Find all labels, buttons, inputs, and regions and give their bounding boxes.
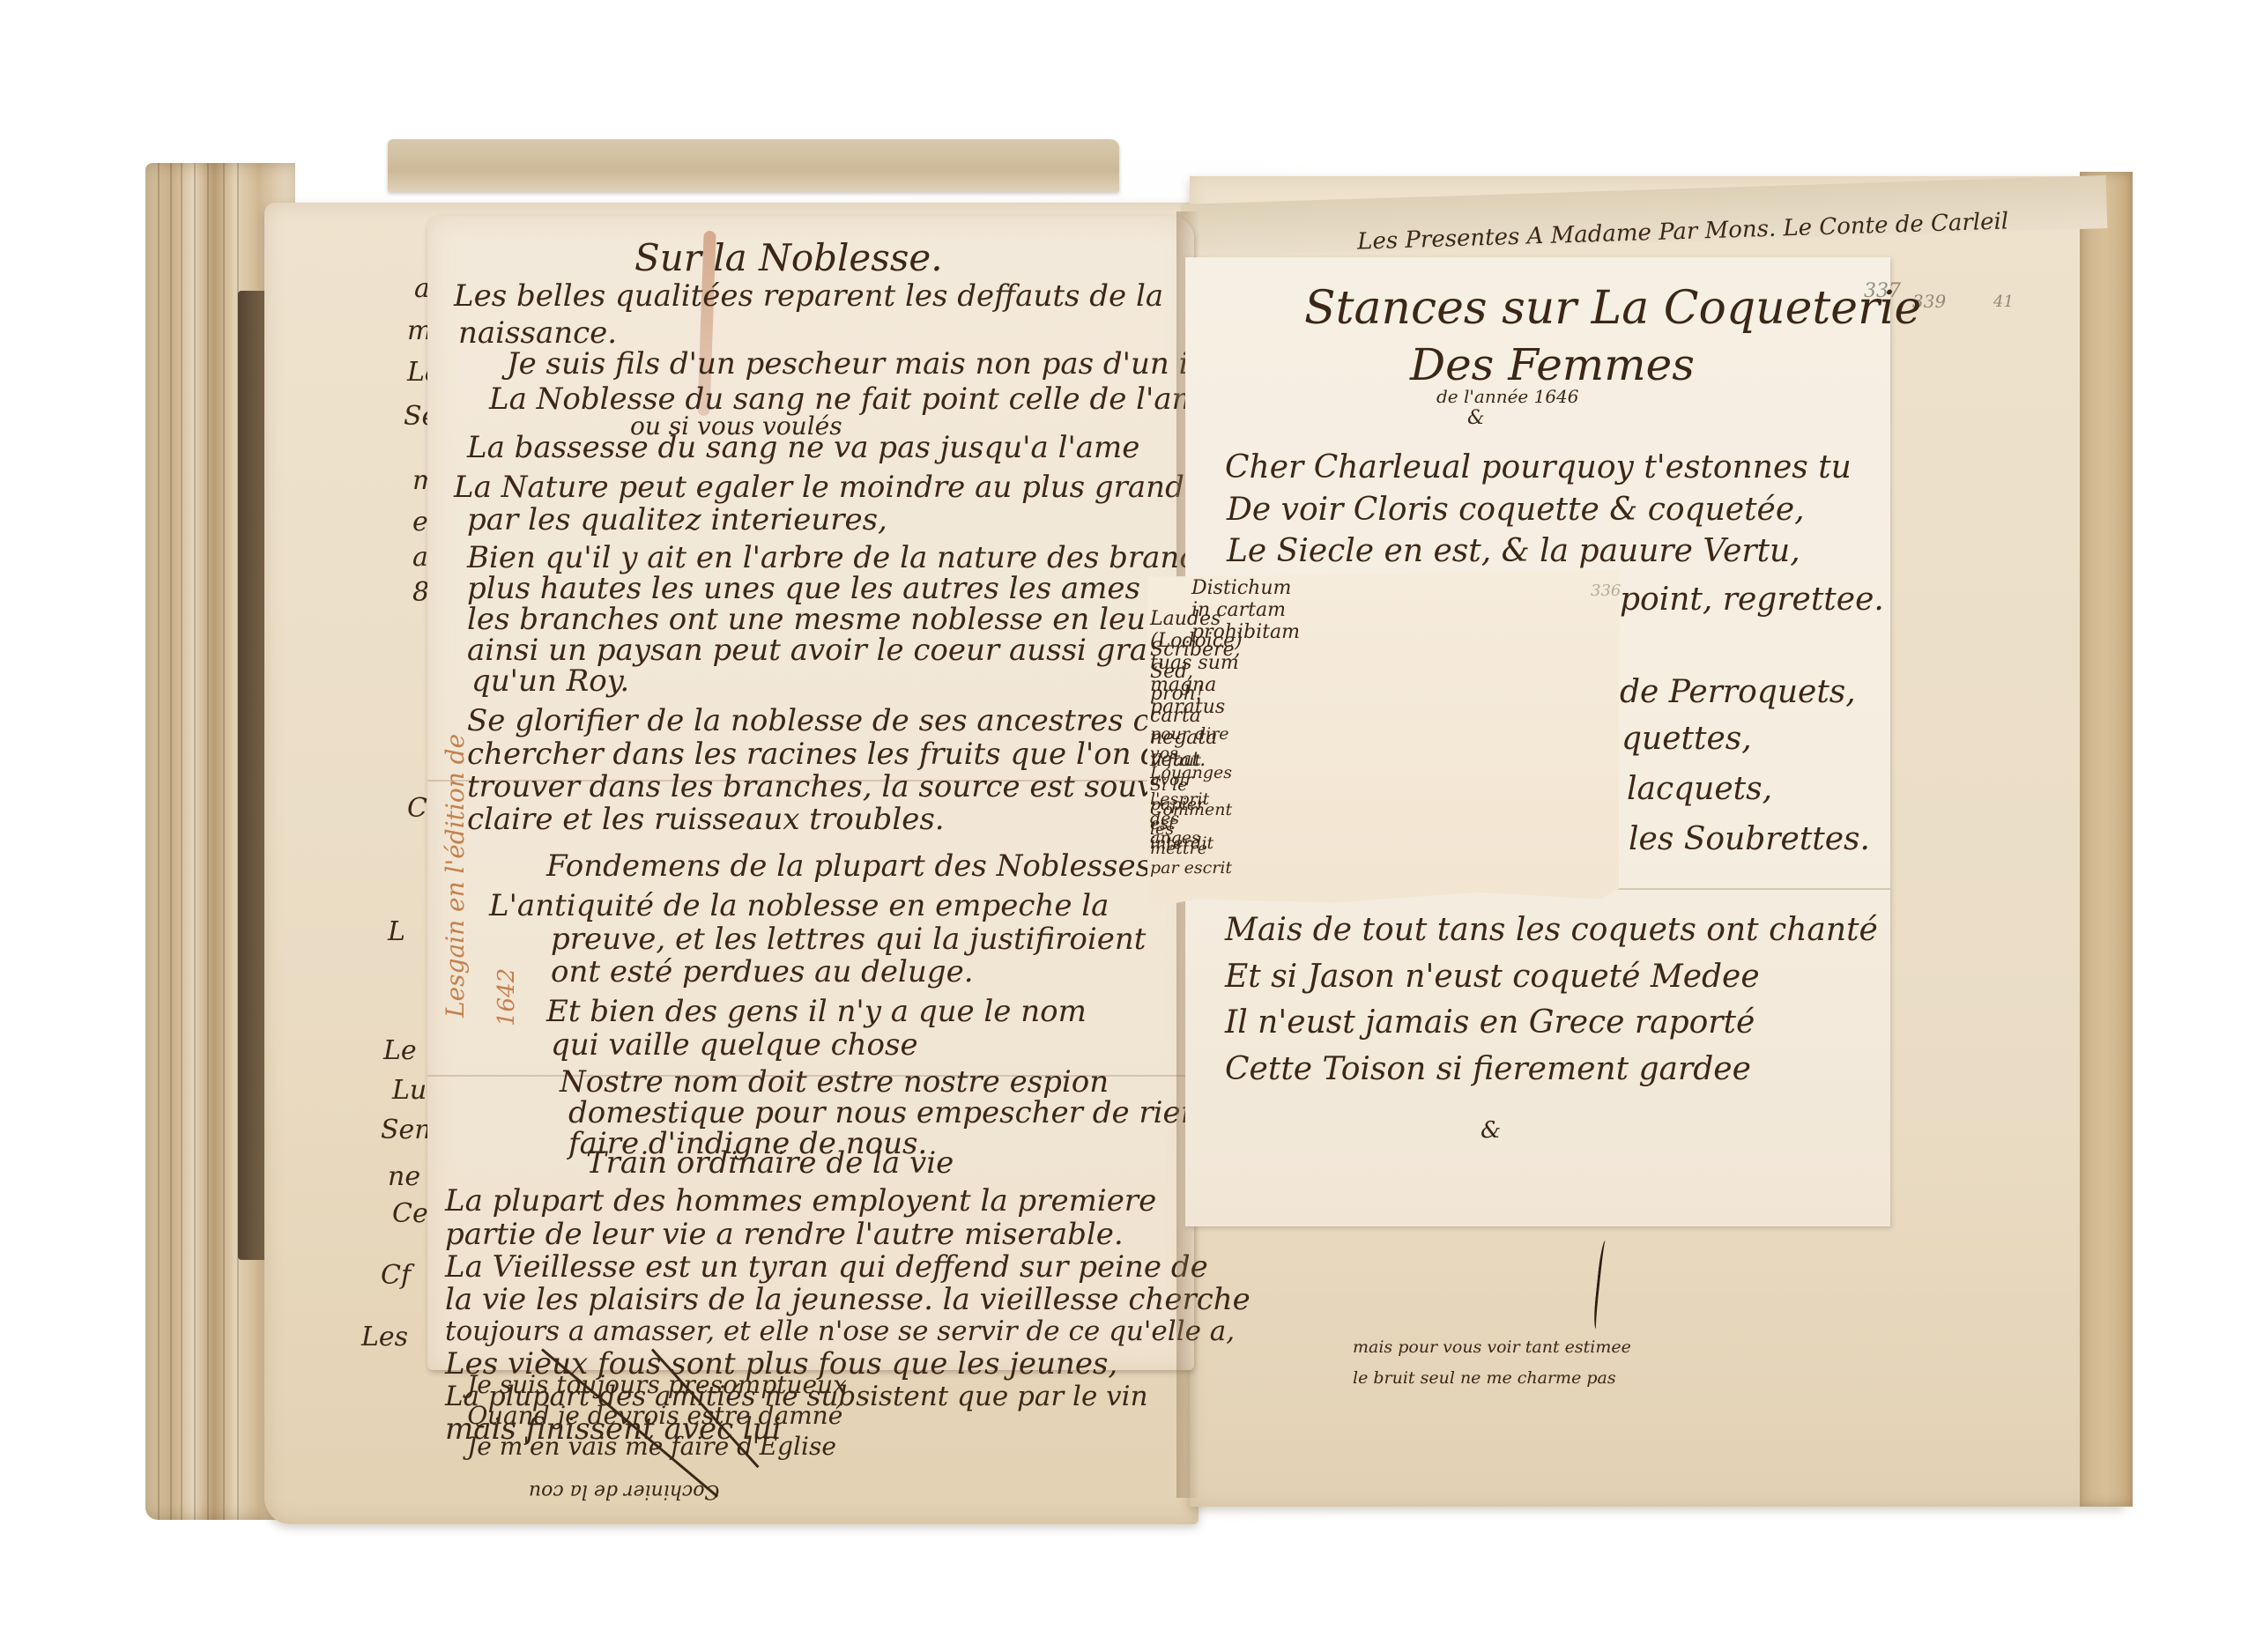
margin-letter: e: [412, 507, 428, 537]
text-line: La bassesse du sang ne va pas jusqu'a l'…: [467, 432, 1139, 465]
text-line: la vie les plaisirs de la jeunesse. la v…: [445, 1284, 1250, 1317]
text-line: plus hautes les unes que les autres les …: [467, 573, 1259, 606]
verse-line: les Soubrettes.: [1629, 821, 1870, 857]
text-line: preuve, et les lettres qui la justifiroi…: [551, 923, 1146, 957]
slip-french-line: Comment les mettre par escrit: [1150, 800, 1232, 878]
text-line: le bruit seul ne me charme pas: [1353, 1368, 1616, 1388]
margin-note-rotated: Lesgain en l'édition de: [441, 734, 470, 1018]
text-line: La Noblesse du sang ne fait point celle …: [489, 383, 1218, 417]
text-line: Les belles qualitées reparent les deffau…: [454, 280, 1163, 314]
text-line: Je suis fils d'un pescheur mais non pas …: [507, 348, 1283, 382]
text-line: La plupart des hommes employent la premi…: [445, 1185, 1156, 1219]
text-line: ainsi un paysan peut avoir le coeur auss…: [467, 634, 1186, 668]
text-line: Et bien des gens il n'y a que le nom: [546, 996, 1087, 1029]
text-line: qu'un Roy.: [471, 665, 629, 699]
verse-line: De voir Cloris coquette & coquetée,: [1227, 492, 1805, 528]
text-line: toujours a amasser, et elle n'ose se ser…: [445, 1315, 1235, 1349]
text-line: Quand je devrois estre damné: [467, 1401, 842, 1430]
text-line: Nostre nom doit estre nostre espion: [560, 1066, 1109, 1100]
year-note: de l'année 1646: [1436, 386, 1579, 407]
verse-line: Cette Toison si fierement gardee: [1225, 1051, 1751, 1087]
margin-letter: Le: [383, 1035, 417, 1066]
section-mark: &: [1467, 407, 1485, 429]
verse-line: lacquets,: [1627, 771, 1772, 807]
left-page-title: Sur la Noblesse.: [634, 236, 943, 279]
upside-down-fragment: Cochinier de la cou: [529, 1480, 719, 1502]
under-page-number-b: 41: [1993, 293, 2014, 311]
text-line: Bien qu'il y ait en l'arbre de la nature…: [467, 542, 1249, 575]
end-mark: &: [1480, 1117, 1501, 1144]
text-line: trouver dans les branches, la source est…: [467, 771, 1203, 804]
text-line: L'antiquité de la noblesse en empeche la: [489, 890, 1109, 923]
text-line: partie de leur vie a rendre l'autre mise…: [445, 1219, 1124, 1252]
back-cover-edge: [2080, 172, 2133, 1507]
text-line: Fondemens de la plupart des Noblesses: [546, 850, 1151, 884]
text-line: Je suis toujours presomptueux: [467, 1370, 847, 1399]
margin-letter: a: [412, 542, 428, 573]
right-page-title-line2: Des Femmes: [1410, 339, 1695, 390]
text-line: ont esté perdues au deluge.: [551, 956, 974, 989]
margin-letter: Sen: [381, 1115, 432, 1145]
text-line: La Nature peut egaler le moindre au plus…: [454, 471, 1184, 505]
torn-folded-top-leaf: [388, 139, 1119, 192]
margin-letter: ne: [388, 1161, 420, 1192]
text-line: domestique pour nous empescher de rien: [568, 1097, 1200, 1130]
text-line: naissance.: [458, 317, 617, 351]
margin-letter: C: [407, 793, 427, 824]
section-title-train-ordinaire: Train ordinaire de la vie: [586, 1145, 954, 1181]
margin-letter: Lu: [392, 1075, 427, 1106]
text-line: claire et les ruisseaux troubles.: [467, 804, 945, 837]
verse-line: point, regrettee.: [1620, 582, 1884, 618]
verse-line: Mais de tout tans les coquets ont chanté: [1225, 912, 1878, 948]
slip-page-number: 336: [1591, 582, 1621, 600]
verse-line: Cher Charleual pourquoy t'estonnes tu: [1225, 449, 1852, 485]
text-line: La Vieillesse est un tyran qui deffend s…: [445, 1251, 1208, 1285]
margin-letter: Cf: [381, 1260, 411, 1291]
margin-note-year: 1642: [493, 968, 520, 1026]
text-line: chercher dans les racines les fruits que…: [467, 738, 1199, 772]
text-line: par les qualitez interieures,: [467, 504, 887, 537]
margin-letter: Ce: [392, 1198, 428, 1229]
verse-line: Le Siecle en est, & la pauure Vertu,: [1227, 533, 1800, 569]
margin-letter: L: [388, 916, 405, 947]
verse-line: quettes,: [1621, 721, 1752, 757]
right-page-title-line1: Stances sur La Coqueterie: [1304, 282, 1921, 335]
verse-line: Il n'eust jamais en Grece raporté: [1225, 1004, 1755, 1041]
text-line: mais pour vous voir tant estimee: [1353, 1337, 1631, 1357]
text-line: Se glorifier de la noblesse de ses ances…: [467, 705, 1203, 738]
verse-line: de Perroquets,: [1620, 674, 1856, 710]
text-line: Je m'en vais me faire d'Eglise: [467, 1432, 836, 1461]
verse-line: Et si Jason n'eust coqueté Medee: [1225, 959, 1760, 995]
margin-letter: Les: [361, 1322, 408, 1352]
text-line: qui vaille quelque chose: [551, 1029, 918, 1063]
